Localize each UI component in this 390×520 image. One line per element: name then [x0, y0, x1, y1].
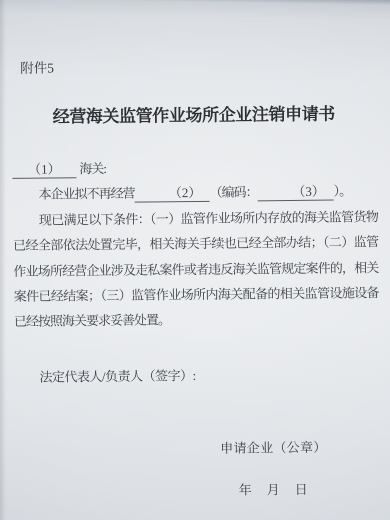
form-body: （1）海关: 本企业拟不再经营（2）（编码：（3））。 现已满足以下条件：（一）…: [12, 153, 379, 335]
condition-line: 已经全部依法处置完毕，相关海关手续也已经全部办结；（二）监管: [13, 229, 378, 258]
blank-field-2: （2）: [135, 185, 210, 203]
document-photo: 附件5 经营海关监管作业场所企业注销申请书 （1）海关: 本企业拟不再经营（2）…: [0, 0, 390, 520]
condition-line: 案件已经结案；（三）监管作业场所内海关配备的相关监管设施设备: [14, 280, 379, 309]
declaration-lead-text: 本企业拟不再经营: [38, 186, 134, 202]
condition-line: 已经按照海关要求妥善处置。: [14, 306, 379, 335]
paper-page: 附件5 经营海关监管作业场所企业注销申请书 （1）海关: 本企业拟不再经营（2）…: [0, 0, 390, 520]
date-line: 年 月 日: [239, 479, 309, 499]
condition-line: 现已满足以下条件：（一）监管作业场所内存放的海关监管货物: [13, 204, 378, 233]
declaration-tail-text: ）。: [334, 184, 352, 199]
condition-line: 作业场所经营企业涉及走私案件或者违反海关监管规定案件的，相关: [13, 255, 378, 284]
signature-label: 法定代表人/负责人（签字）:: [39, 365, 195, 386]
code-label: （编码：: [210, 185, 258, 201]
blank-field-3: （3）: [258, 184, 334, 202]
salutation-line: （1）海关:: [12, 153, 377, 182]
document-title: 经营海关监管作业场所企业注销申请书: [0, 99, 389, 128]
applicant-seal-label: 申请企业（公章）: [220, 437, 327, 457]
customs-suffix-label: 海关:: [79, 161, 106, 176]
declaration-line: 本企业拟不再经营（2）（编码：（3））。: [12, 178, 377, 207]
blank-field-1: （1）: [12, 161, 76, 179]
attachment-label: 附件5: [20, 56, 54, 76]
